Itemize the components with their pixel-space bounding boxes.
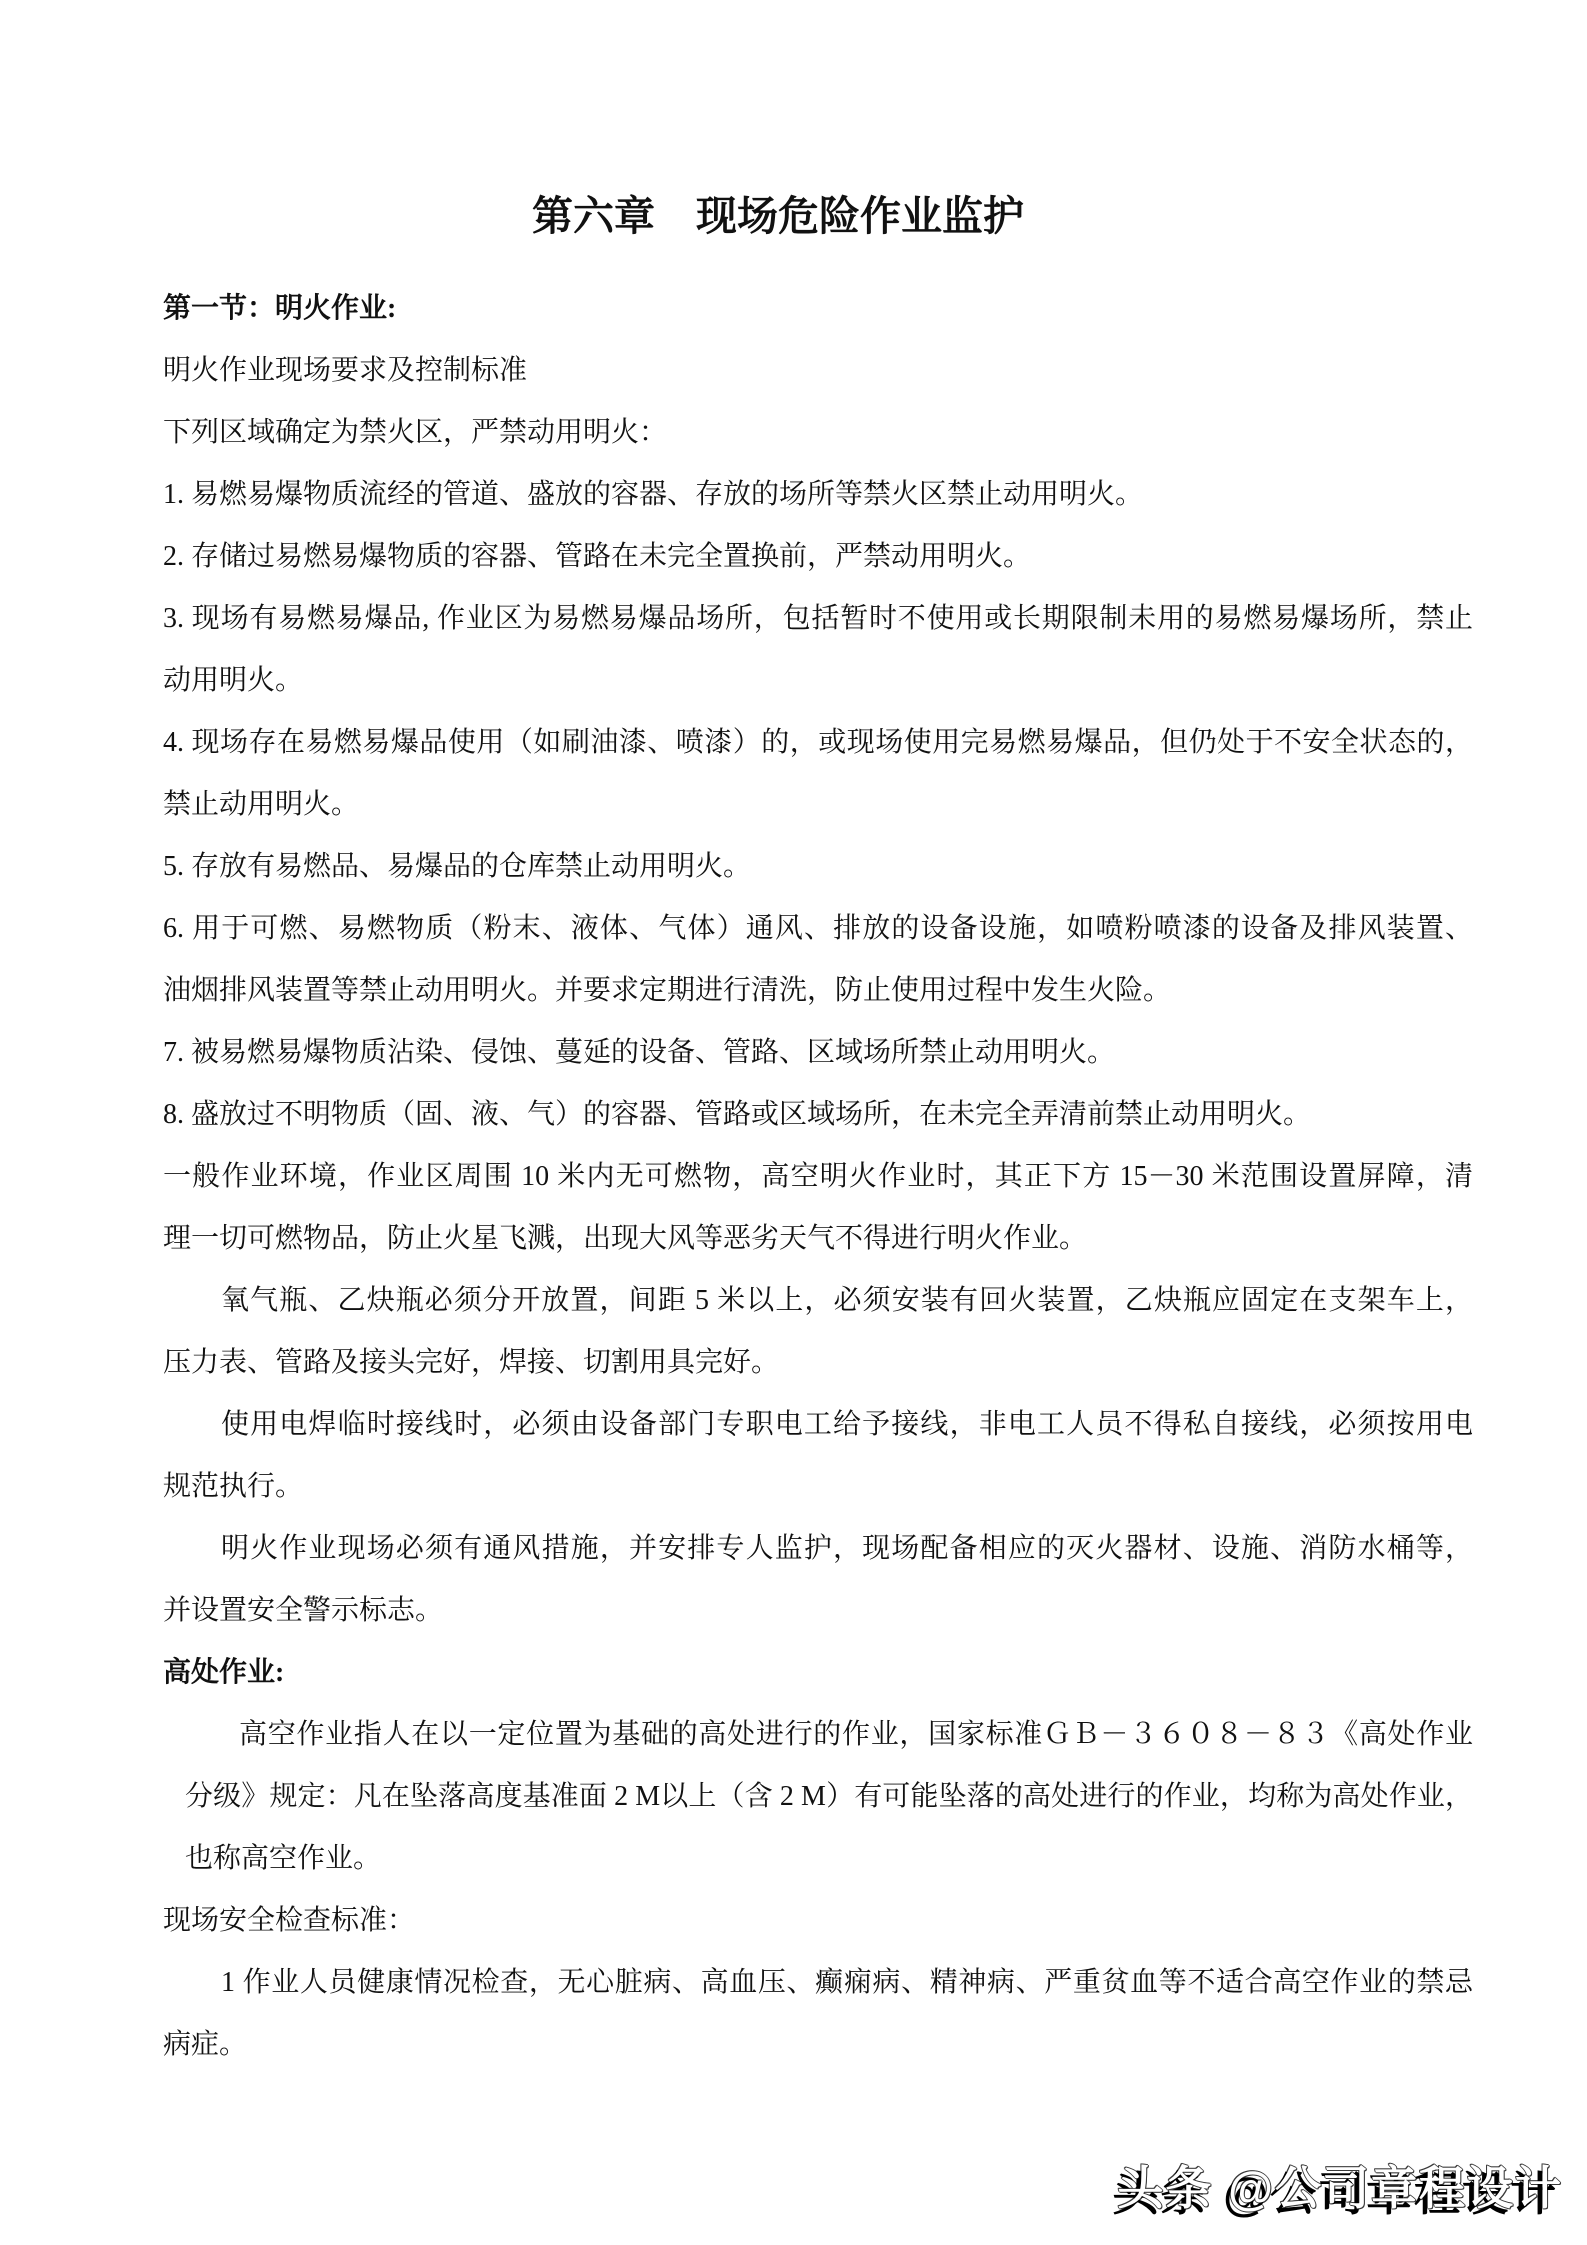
list-item: 2. 存储过易燃易爆物质的容器、管路在未完全置换前，严禁动用明火。 — [163, 526, 1473, 588]
watermark: 头条 @公司章程设计 — [1117, 2152, 1563, 2218]
text-line: 下列区域确定为禁火区，严禁动用明火： — [163, 402, 1473, 464]
text-line: 氧气瓶、乙炔瓶必须分开放置，间距 5 米以上，必须安装有回火装置，乙炔瓶应固定在… — [163, 1270, 1473, 1332]
list-item: 4. 现场存在易燃易爆品使用（如刷油漆、喷漆）的，或现场使用完易燃易爆品，但仍处… — [163, 712, 1473, 774]
section-heading: 第一节：明火作业: — [163, 278, 1473, 340]
list-item: 3. 现场有易燃易爆品, 作业区为易燃易爆品场所，包括暂时不使用或长期限制未用的… — [163, 588, 1473, 650]
list-item: 1. 易燃易爆物质流经的管道、盛放的容器、存放的场所等禁火区禁止动用明火。 — [163, 464, 1473, 526]
text-line: 一般作业环境，作业区周围 10 米内无可燃物，高空明火作业时，其正下方 15－3… — [163, 1146, 1473, 1208]
text-line: 也称高空作业。 — [163, 1828, 1473, 1890]
list-item: 8. 盛放过不明物质（固、液、气）的容器、管路或区域场所，在未完全弄清前禁止动用… — [163, 1084, 1473, 1146]
text-line: 高空作业指人在以一定位置为基础的高处进行的作业，国家标准ＧＢ－３６０８－８３《高… — [163, 1704, 1473, 1766]
list-item: 1 作业人员健康情况检查，无心脏病、高血压、癫痫病、精神病、严重贫血等不适合高空… — [163, 1952, 1473, 2014]
subsection-heading: 高处作业: — [163, 1642, 1473, 1704]
document-body: 第一节：明火作业: 明火作业现场要求及控制标准 下列区域确定为禁火区，严禁动用明… — [163, 278, 1473, 2076]
list-item: 7. 被易燃易爆物质沾染、侵蚀、蔓延的设备、管路、区域场所禁止动用明火。 — [163, 1022, 1473, 1084]
text-line: 病症。 — [163, 2014, 1473, 2076]
text-line: 理一切可燃物品，防止火星飞溅，出现大风等恶劣天气不得进行明火作业。 — [163, 1208, 1473, 1270]
text-line: 现场安全检查标准： — [163, 1890, 1473, 1952]
text-line: 规范执行。 — [163, 1456, 1473, 1518]
text-line: 油烟排风装置等禁止动用明火。并要求定期进行清洗，防止使用过程中发生火险。 — [163, 960, 1473, 1022]
text-line: 分级》规定：凡在坠落高度基准面 2 M以上（含 2 M）有可能坠落的高处进行的作… — [163, 1766, 1473, 1828]
document-page: 第六章 现场危险作业监护 第一节：明火作业: 明火作业现场要求及控制标准 下列区… — [0, 0, 1587, 2245]
text-line: 禁止动用明火。 — [163, 774, 1473, 836]
list-item: 5. 存放有易燃品、易爆品的仓库禁止动用明火。 — [163, 836, 1473, 898]
text-line: 明火作业现场要求及控制标准 — [163, 340, 1473, 402]
chapter-title: 第六章 现场危险作业监护 — [163, 190, 1393, 242]
text-line: 使用电焊临时接线时，必须由设备部门专职电工给予接线，非电工人员不得私自接线，必须… — [163, 1394, 1473, 1456]
text-line: 并设置安全警示标志。 — [163, 1580, 1473, 1642]
list-item: 6. 用于可燃、易燃物质（粉末、液体、气体）通风、排放的设备设施，如喷粉喷漆的设… — [163, 898, 1473, 960]
text-line: 动用明火。 — [163, 650, 1473, 712]
text-line: 压力表、管路及接头完好，焊接、切割用具完好。 — [163, 1332, 1473, 1394]
text-line: 明火作业现场必须有通风措施，并安排专人监护，现场配备相应的灭火器材、设施、消防水… — [163, 1518, 1473, 1580]
